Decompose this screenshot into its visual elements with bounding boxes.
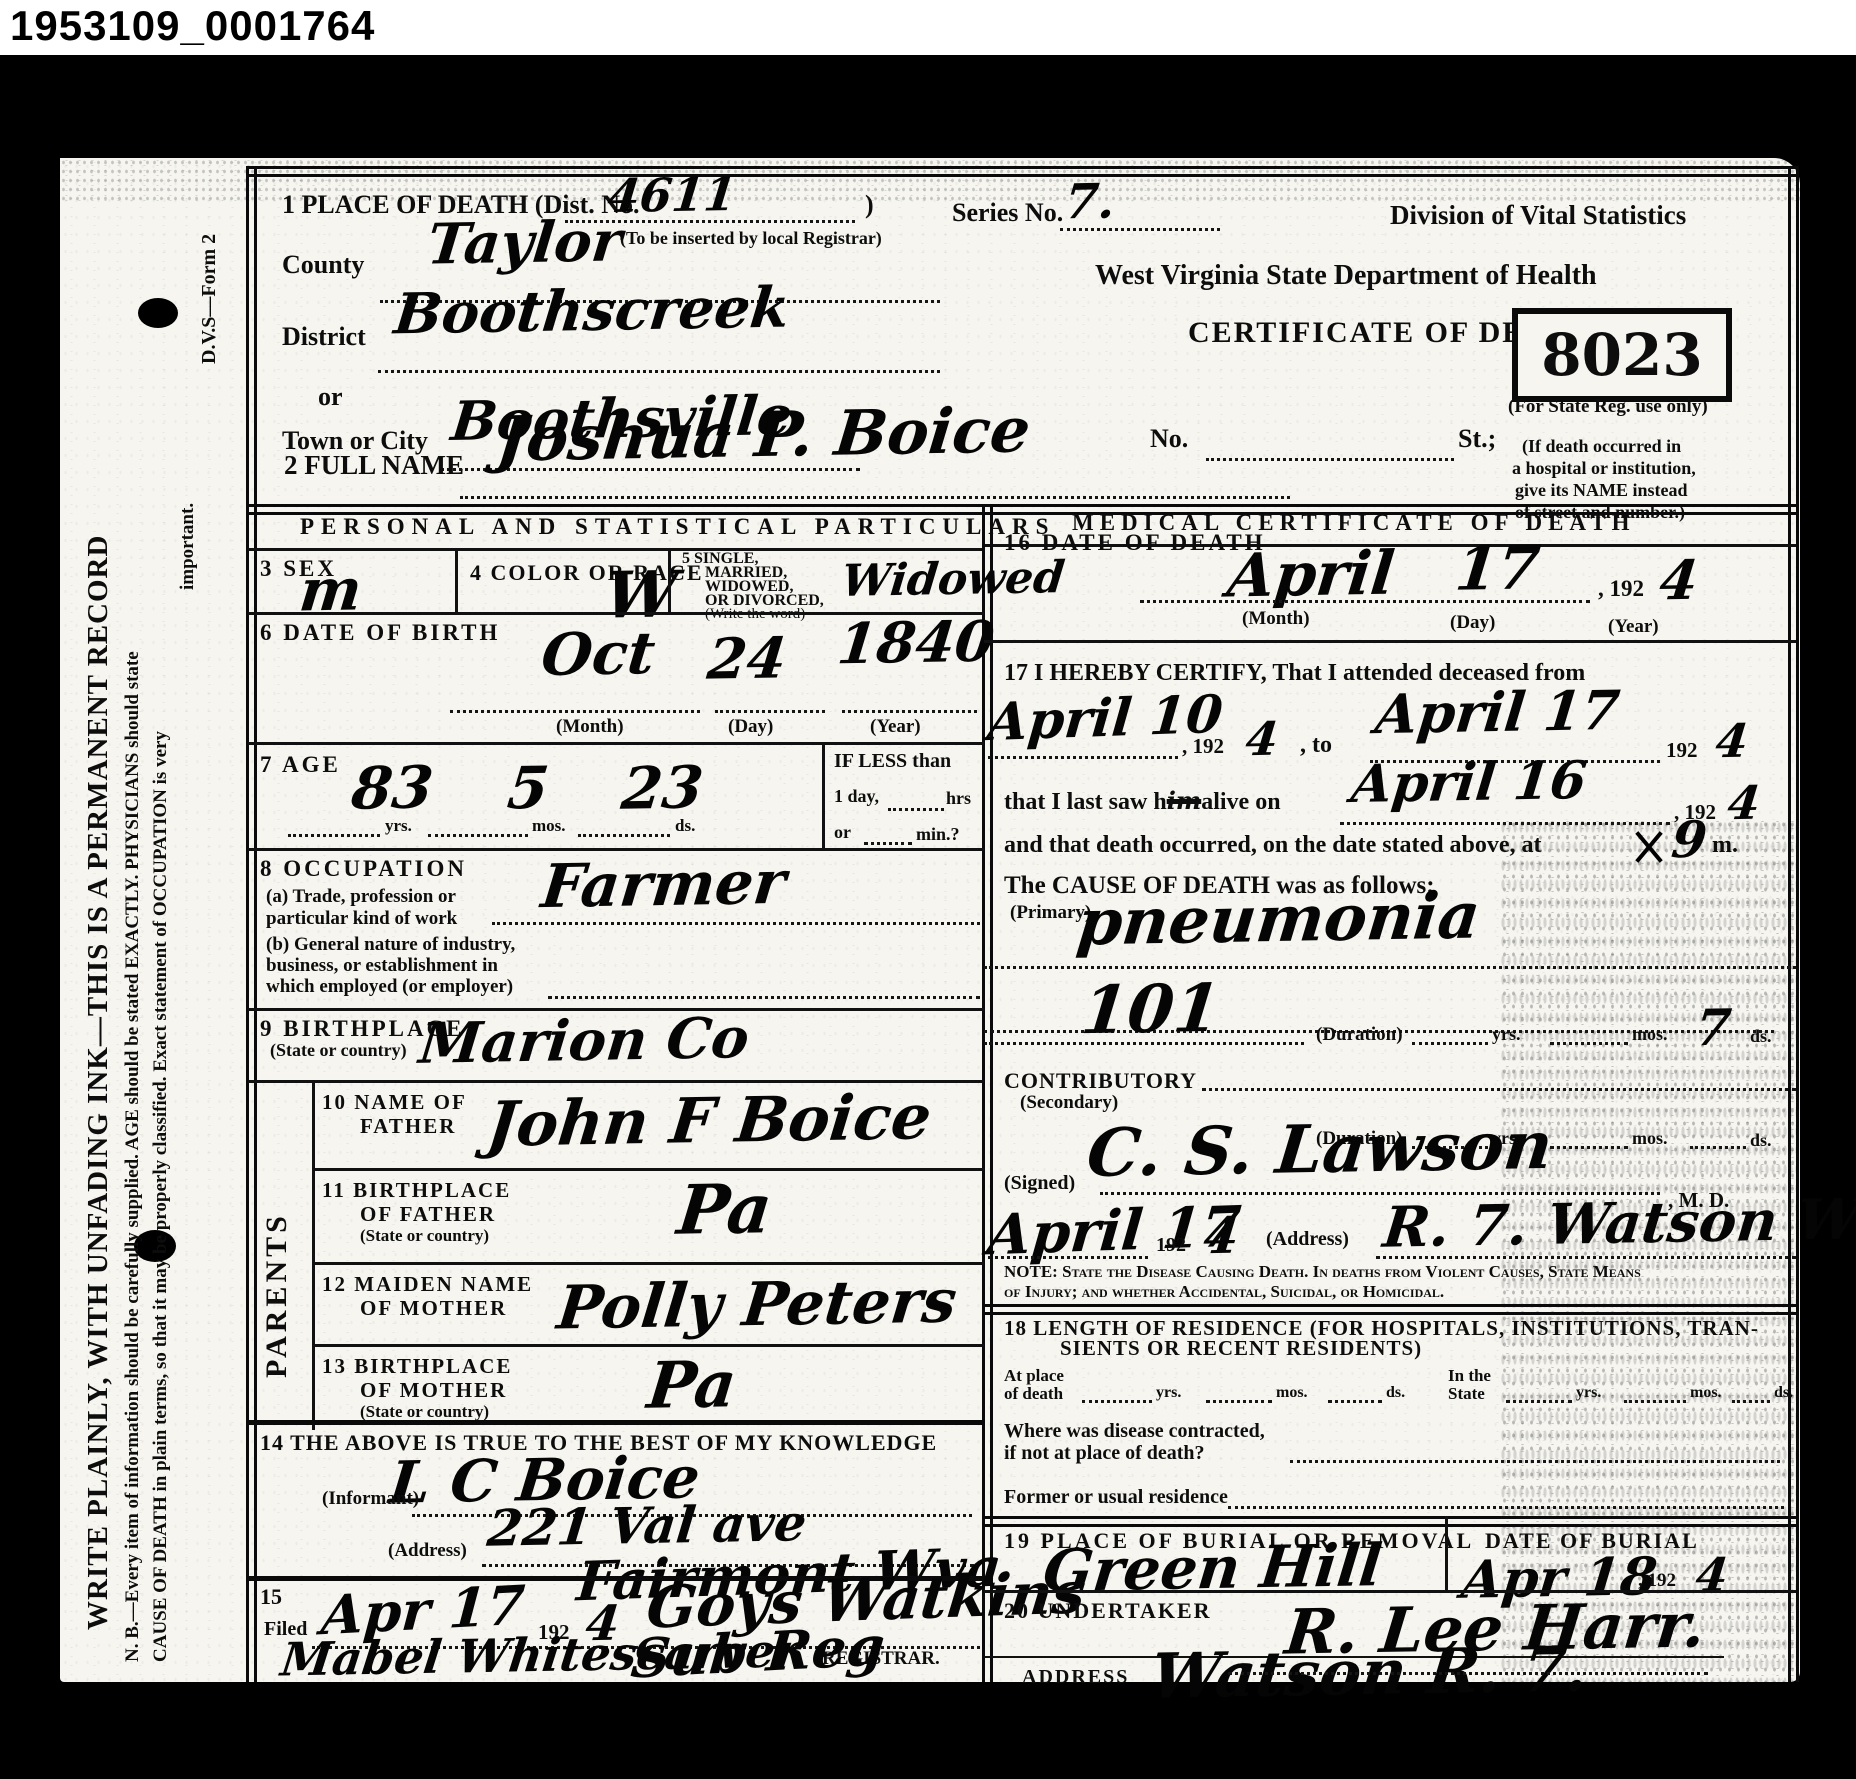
age-months: 5: [504, 754, 552, 823]
occupation-value: Farmer: [538, 848, 789, 922]
cell-divider: [822, 742, 825, 848]
yrs-caption: yrs.: [1156, 1384, 1181, 1402]
blank: [1328, 1400, 1382, 1403]
year-printed: , 192: [1182, 734, 1224, 759]
county-label: County: [282, 250, 364, 280]
form-right-border: [1788, 166, 1799, 1682]
physician-address: R. 7. Watson Wva: [1380, 1185, 1856, 1260]
full-name-blank: [460, 496, 1290, 499]
district-label: District: [282, 322, 366, 352]
blank: [988, 1256, 1148, 1259]
place-of-death-district-number: 4611: [605, 167, 739, 223]
last-saw-year: 4: [1725, 776, 1763, 831]
residence-label: SIENTS OR RECENT RESIDENTS): [1060, 1336, 1422, 1361]
mother-birthplace-label: OF MOTHER: [360, 1378, 507, 1403]
blank: [1550, 1146, 1628, 1149]
year-printed: 192: [1666, 738, 1698, 763]
ds-caption: ds.: [1750, 1026, 1772, 1047]
if-less-label: hrs: [946, 788, 971, 809]
dob-label: 6 DATE OF BIRTH: [260, 620, 500, 646]
father-birthplace-label: 11 BIRTHPLACE: [322, 1178, 511, 1203]
blank: [864, 842, 912, 845]
attended-from-year: 4: [1243, 712, 1281, 767]
county-value: Taylor: [424, 208, 625, 277]
father-birthplace-value: Pa: [674, 1169, 776, 1251]
year-printed: , 192: [1598, 576, 1644, 602]
blank: [1228, 1506, 1784, 1509]
series-no-value: 7.: [1062, 174, 1118, 231]
last-saw-post: alive on: [1201, 789, 1280, 815]
if-less-label: or: [834, 822, 851, 843]
mother-name-label: OF MOTHER: [360, 1296, 507, 1321]
item15-label: 15: [260, 1584, 282, 1610]
heavy-rule: [248, 1420, 984, 1425]
hospital-note: give its NAME instead: [1515, 480, 1688, 501]
father-name-label: 10 NAME OF: [322, 1090, 467, 1115]
attended-to-year: 4: [1713, 714, 1751, 769]
blank: [1206, 1400, 1272, 1403]
blank: [1290, 1460, 1780, 1463]
row-rule: [312, 1262, 984, 1265]
blank: [1082, 1400, 1152, 1403]
or-label: or: [318, 382, 343, 412]
occupation-b-label: (b) General nature of industry,: [266, 934, 515, 956]
blank: [428, 834, 528, 837]
full-name-value: Joshua P. Boice: [494, 393, 1034, 475]
signed-address-caption: (Address): [1266, 1228, 1349, 1251]
blank: [1202, 1088, 1796, 1091]
day-caption: (Day): [1450, 612, 1495, 634]
in-state-label: In the: [1448, 1366, 1491, 1386]
in-state-label: State: [1448, 1384, 1485, 1404]
form-top-rule: [248, 166, 1796, 177]
birthplace-value: Marion Co: [416, 1005, 752, 1077]
dob-day: 24: [704, 625, 789, 692]
state-registration-number: 8023: [1541, 321, 1702, 389]
series-no-label: Series No.: [952, 198, 1063, 228]
age-days: 23: [618, 753, 706, 822]
cell-divider: [668, 550, 671, 612]
blank: [842, 710, 977, 713]
mos-caption: mos.: [532, 816, 566, 836]
blank: [1624, 1400, 1686, 1403]
age-years: 83: [348, 753, 436, 822]
informant-caption: (Informant): [322, 1488, 419, 1510]
place-of-burial-value: Green Hill: [1040, 1531, 1385, 1605]
state-registration-number-box: 8023: [1512, 308, 1732, 402]
signed-year: 4: [1201, 1206, 1242, 1266]
occupation-a-label: (a) Trade, profession or: [266, 886, 456, 908]
last-saw-struck: im: [1167, 786, 1202, 815]
scanned-death-certificate: 1953109_0001764 WRITE PLAINLY, WITH UNFA…: [0, 0, 1856, 1779]
secondary-caption: (Secondary): [1020, 1092, 1118, 1114]
death-occurred-time: 9: [1669, 810, 1710, 870]
heavy-rule: [984, 1304, 1796, 1315]
occupation-b-label: which employed (or employer): [266, 976, 513, 998]
cell-divider: [1445, 1516, 1448, 1590]
mother-name-label: 12 MAIDEN NAME: [322, 1272, 533, 1297]
age-label: 7 AGE: [260, 752, 341, 778]
date-of-death-label: 16 DATE OF DEATH: [1004, 530, 1266, 556]
mos-caption: mos.: [1690, 1384, 1722, 1402]
at-place-label: At place: [1004, 1366, 1064, 1386]
occupation-a-label: particular kind of work: [266, 908, 457, 930]
mother-birthplace-label: 13 BIRTHPLACE: [322, 1354, 512, 1379]
primary-cause-value: pneumonia: [1074, 879, 1484, 961]
at-place-label: of death: [1004, 1384, 1063, 1404]
paren: ): [865, 190, 874, 220]
day-caption: (Day): [728, 716, 773, 738]
father-name-value: John F Boice: [484, 1080, 935, 1161]
yrs-caption: yrs.: [1492, 1024, 1521, 1045]
contributory-label: CONTRIBUTORY: [1004, 1068, 1197, 1094]
sub-registrar-title: Sub Reg: [628, 1613, 887, 1690]
if-less-label: min.?: [916, 824, 960, 845]
mother-birthplace-value: Pa: [644, 1347, 740, 1424]
death-occurred-line: and that death occurred, on the date sta…: [1004, 832, 1542, 859]
year-printed: 192: [1156, 1234, 1186, 1257]
hospital-note: (If death occurred in: [1522, 436, 1681, 457]
row-rule: [984, 640, 1796, 643]
blank: [1412, 1042, 1488, 1045]
year-caption: (Year): [1608, 616, 1659, 638]
blank: [988, 756, 1178, 759]
mother-birthplace-caption: (State or country): [360, 1402, 489, 1422]
blank: [984, 966, 1796, 969]
ds-caption: ds.: [1386, 1384, 1405, 1402]
marital-value: Widowed: [839, 552, 1067, 607]
note-line: of Injury; and whether Accidental, Suici…: [1004, 1282, 1444, 1302]
undertaker-address-label: ADDRESS: [1022, 1666, 1129, 1689]
dob-year: 1840: [834, 609, 997, 678]
cause-code-value: 101: [1078, 969, 1224, 1049]
blank: [984, 1042, 1304, 1045]
blank: [715, 710, 825, 713]
mos-caption: mos.: [1632, 1128, 1668, 1149]
mos-caption: mos.: [1276, 1384, 1308, 1402]
birthplace-caption: (State or country): [270, 1040, 407, 1061]
attended-to-date: April 17: [1372, 678, 1622, 746]
month-caption: (Month): [1242, 608, 1310, 630]
blank: [1228, 1672, 1708, 1675]
center-divider: [982, 504, 993, 1682]
form-code: D.V.S—Form 2: [198, 174, 221, 364]
blank: [1376, 1256, 1796, 1259]
state-reg-note: (For State Reg. use only): [1508, 396, 1708, 418]
row-rule: [312, 1168, 984, 1171]
scan-id-label: 1953109_0001764: [10, 2, 375, 50]
yrs-caption: yrs.: [385, 816, 412, 836]
parents-label: PARENTS: [260, 1118, 294, 1378]
scratch-mark: [1632, 830, 1666, 864]
undertaker-label: 20 UNDERTAKER: [1004, 1598, 1212, 1624]
ds-caption: ds.: [1774, 1384, 1793, 1402]
blank: [1340, 822, 1670, 825]
department-title: West Virginia State Department of Health: [1095, 260, 1597, 292]
former-residence-label: Former or usual residence: [1004, 1486, 1228, 1509]
blank: [450, 710, 700, 713]
certificate-page: WRITE PLAINLY, WITH UNFADING INK—THIS IS…: [60, 158, 1800, 1682]
parents-divider: [312, 1080, 315, 1430]
personal-section-header: PERSONAL AND STATISTICAL PARTICULARS: [300, 514, 1055, 540]
form-left-border: [246, 166, 257, 1682]
father-birthplace-caption: (State or country): [360, 1226, 489, 1246]
last-saw-date: April 16: [1349, 750, 1590, 815]
death-occurred-m: m.: [1712, 832, 1738, 859]
margin-note-nb: N. B.—Every item of information should b…: [121, 170, 145, 1670]
blank: [288, 834, 380, 837]
blank: [1550, 1042, 1628, 1045]
rule: [248, 548, 984, 551]
occupation-label: 8 OCCUPATION: [260, 856, 467, 882]
blank: [578, 834, 670, 837]
blank: [1690, 1146, 1746, 1149]
blank: [888, 808, 944, 811]
cell-divider: [455, 550, 458, 612]
division-title: Division of Vital Statistics: [1390, 200, 1686, 231]
date-of-death-year: 4: [1657, 548, 1701, 613]
street-no-blank: [1206, 458, 1454, 461]
date-of-death-day: 17: [1452, 533, 1543, 604]
margin-note-cause: CAUSE OF DEATH in plain terms, so that i…: [149, 170, 173, 1670]
row-rule: [248, 742, 984, 745]
mos-caption: mos.: [1632, 1024, 1668, 1045]
insert-note: (To be inserted by local Registrar): [620, 228, 882, 249]
month-caption: (Month): [556, 716, 624, 738]
signed-caption: (Signed): [1004, 1172, 1075, 1195]
last-saw-pre: that I last saw h: [1004, 789, 1167, 815]
physician-signature: C. S. Lawson: [1083, 1106, 1556, 1192]
dob-month: Oct: [538, 619, 658, 689]
father-birthplace-label: OF FATHER: [360, 1202, 496, 1227]
margin-note-permanent-record: WRITE PLAINLY, WITH UNFADING INK—THIS IS…: [80, 170, 117, 1670]
hospital-note: a hospital or institution,: [1512, 458, 1696, 479]
heavy-rule: [984, 1516, 1796, 1527]
blank: [1140, 600, 1590, 603]
series-blank: [1060, 228, 1220, 231]
mother-name-value: Polly Peters: [554, 1267, 960, 1344]
year-caption: (Year): [870, 716, 921, 738]
district-blank: [378, 370, 940, 373]
duration-caption: (Duration): [1316, 1024, 1403, 1046]
full-name-label: 2 FULL NAME: [284, 450, 464, 481]
street-no-label: No.: [1150, 424, 1188, 454]
ds-caption: ds.: [1750, 1130, 1772, 1151]
row-rule: [312, 1344, 984, 1347]
if-less-label: IF LESS than: [834, 750, 951, 773]
occupation-b-label: business, or establishment in: [266, 955, 498, 977]
father-name-label: FATHER: [360, 1114, 456, 1139]
yrs-caption: yrs.: [1576, 1384, 1601, 1402]
duration-days-value: 7: [1693, 998, 1734, 1058]
disease-contracted-label: if not at place of death?: [1004, 1442, 1205, 1465]
blank: [492, 922, 980, 925]
address-caption: (Address): [388, 1540, 467, 1562]
blank: [1732, 1400, 1770, 1403]
street-label: St.;: [1458, 424, 1496, 454]
last-saw-line: that I last saw himalive on: [1004, 786, 1281, 816]
district-value: Boothscreek: [391, 275, 793, 348]
scan-title-strip: 1953109_0001764: [0, 0, 1856, 55]
disease-contracted-label: Where was disease contracted,: [1004, 1420, 1265, 1443]
note-line: NOTE: State the Disease Causing Death. I…: [1004, 1262, 1641, 1282]
to-word: , to: [1300, 732, 1332, 759]
blank: [1506, 1400, 1572, 1403]
if-less-label: 1 day,: [834, 786, 879, 807]
ds-caption: ds.: [675, 816, 695, 836]
margin-instructions: WRITE PLAINLY, WITH UNFADING INK—THIS IS…: [80, 170, 199, 1670]
margin-note-important: important.: [177, 170, 199, 1670]
blank: [548, 996, 980, 999]
